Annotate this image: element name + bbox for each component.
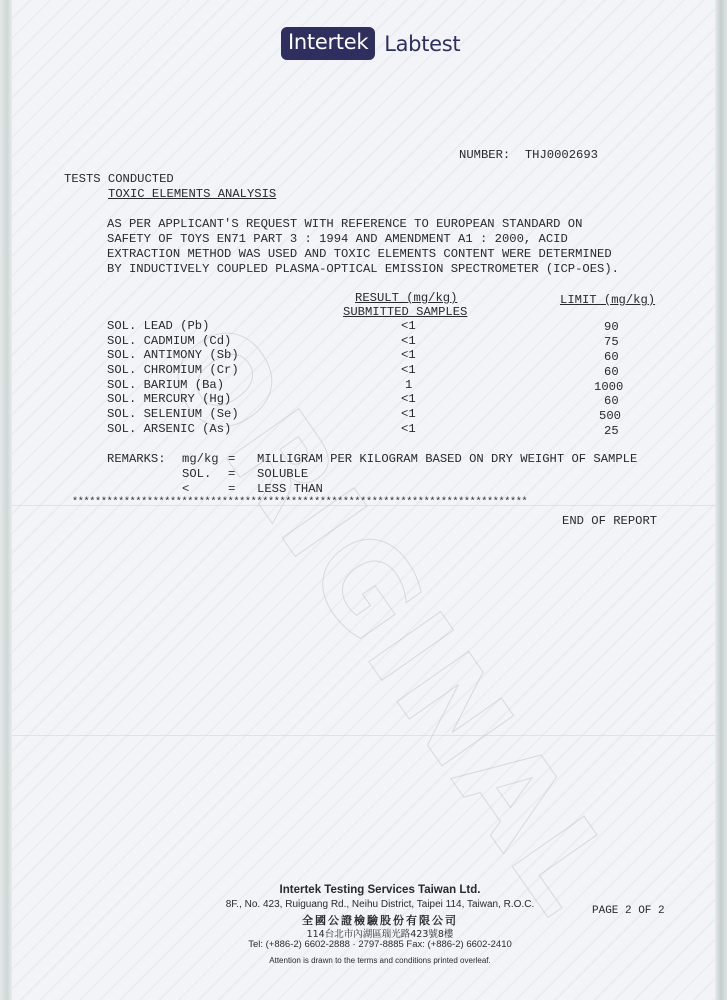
submitted-samples-header: SUBMITTED SAMPLES (343, 305, 467, 320)
result-value: <1 (401, 407, 416, 422)
result-value: <1 (401, 363, 416, 378)
paper-fold-line (12, 735, 715, 736)
limit-value: 60 (604, 350, 619, 365)
description-line: BY INDUCTIVELY COUPLED PLASMA-OPTICAL EM… (107, 262, 619, 277)
limit-value: 90 (604, 320, 619, 335)
remark-term: < (182, 482, 189, 497)
result-value: <1 (401, 334, 416, 349)
remark-term: SOL. (182, 467, 211, 482)
footer-note: Attention is drawn to the terms and cond… (200, 956, 560, 965)
remark-definition: MILLIGRAM PER KILOGRAM BASED ON DRY WEIG… (257, 452, 637, 467)
description-line: AS PER APPLICANT'S REQUEST WITH REFERENC… (107, 217, 582, 232)
element-name: SOL. LEAD (Pb) (107, 319, 209, 334)
element-name: SOL. BARIUM (Ba) (107, 378, 224, 393)
footer-company: Intertek Testing Services Taiwan Ltd. (200, 884, 560, 896)
report-number-value: THJ0002693 (525, 148, 598, 162)
result-value: <1 (401, 422, 416, 437)
limit-value: 60 (604, 365, 619, 380)
footer-contact: Tel: (+886-2) 6602-2888 · 2797-8885 Fax:… (200, 939, 560, 950)
result-header: RESULT (mg/kg) (355, 291, 457, 306)
description-line: SAFETY OF TOYS EN71 PART 3 : 1994 AND AM… (107, 232, 568, 247)
report-number: NUMBER: THJ0002693 (459, 148, 598, 163)
result-value: <1 (401, 319, 416, 334)
result-value: <1 (401, 392, 416, 407)
remark-equals: = (228, 482, 235, 497)
limit-value: 60 (604, 394, 619, 409)
report-number-label: NUMBER: (459, 148, 510, 162)
remark-definition: LESS THAN (257, 482, 323, 497)
element-name: SOL. CADMIUM (Cd) (107, 334, 231, 349)
element-name: SOL. SELENIUM (Se) (107, 407, 239, 422)
intertek-logo: Intertek Labtest (281, 27, 460, 60)
limit-value: 25 (604, 424, 619, 439)
element-name: SOL. ARSENIC (As) (107, 422, 231, 437)
remark-equals: = (228, 452, 235, 467)
element-name: SOL. ANTIMONY (Sb) (107, 348, 239, 363)
remark-term: mg/kg (182, 452, 219, 467)
result-value: 1 (405, 378, 412, 393)
remarks-label: REMARKS: (107, 452, 166, 467)
page-number: PAGE 2 OF 2 (592, 904, 665, 919)
limit-header: LIMIT (mg/kg) (560, 293, 655, 308)
limit-value: 500 (599, 409, 621, 424)
footer-address-chinese: 114台北市內湖區瑞光路423號8樓 (200, 926, 560, 940)
description-line: EXTRACTION METHOD WAS USED AND TOXIC ELE… (107, 247, 612, 262)
separator-line: ****************************************… (72, 496, 527, 511)
subsection-title: TOXIC ELEMENTS ANALYSIS (108, 187, 276, 202)
paper-left-edge (0, 0, 12, 1000)
remark-definition: SOLUBLE (257, 467, 308, 482)
element-name: SOL. MERCURY (Hg) (107, 392, 231, 407)
element-name: SOL. CHROMIUM (Cr) (107, 363, 239, 378)
footer-address: 8F., No. 423, Ruiguang Rd., Neihu Distri… (200, 899, 560, 910)
remark-equals: = (228, 467, 235, 482)
section-title: TESTS CONDUCTED (64, 172, 174, 187)
limit-value: 75 (604, 335, 619, 350)
result-value: <1 (401, 348, 416, 363)
logo-suffix: Labtest (384, 32, 460, 56)
limit-value: 1000 (594, 380, 623, 395)
paper-right-edge (715, 0, 727, 1000)
logo-brand: Intertek (281, 27, 375, 60)
end-of-report: END OF REPORT (562, 514, 657, 529)
